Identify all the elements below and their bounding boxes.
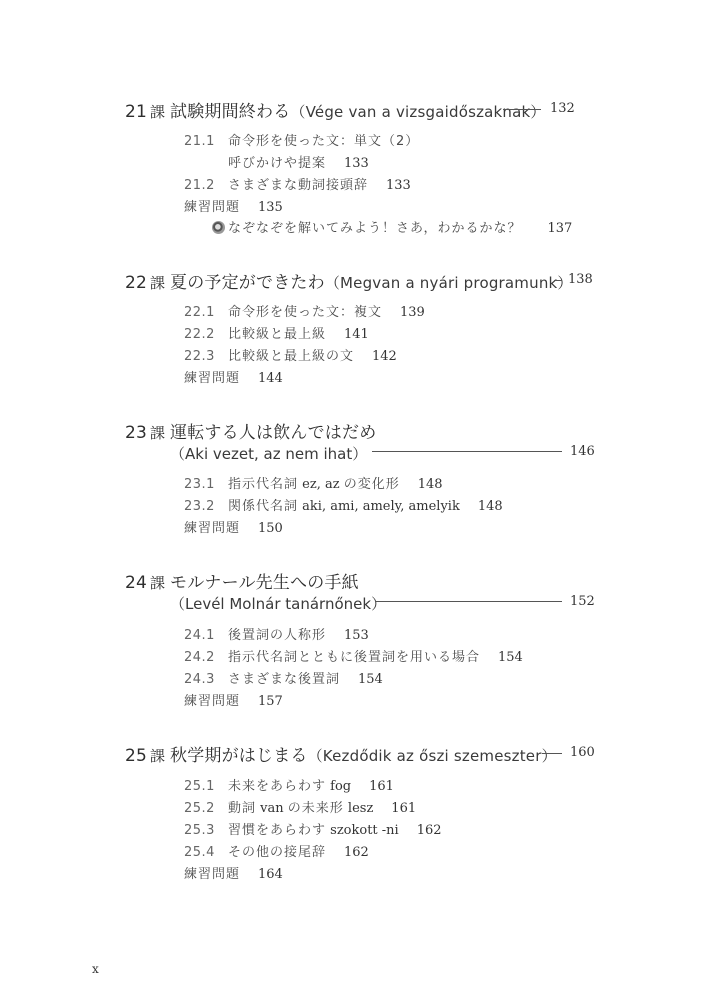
section-latin: van (260, 801, 283, 816)
toc-entry[interactable]: 22.1命令形を使った文：複文139 (184, 301, 425, 320)
toc-entry[interactable]: 22.3比較級と最上級の文142 (184, 345, 397, 364)
chapter-title-hu: （Megvan a nyári programunk） (325, 274, 573, 292)
chapter-title-hu: （Aki vezet, az nem ihat） (170, 443, 367, 464)
section-title: 命令形を使った文：複文 (228, 305, 382, 320)
chapter-page: 138 (568, 272, 593, 287)
section-page: 153 (344, 628, 369, 643)
chapter-title-ja: 夏の予定ができたわ (170, 273, 325, 293)
section-page: 133 (344, 156, 369, 171)
toc-entry[interactable]: 23.2関係代名詞 aki, ami, amely, amelyik148 (184, 495, 503, 514)
chapter-number: 24課 (125, 572, 170, 593)
chapter-number: 25課 (125, 745, 170, 766)
riddle-page: 137 (547, 221, 572, 236)
section-title: さまざまな動詞接頭辞 (228, 178, 368, 193)
section-page: 148 (418, 477, 443, 492)
leader-line (542, 753, 562, 754)
chapter-page: 152 (570, 594, 595, 609)
section-number: 24.2 (184, 650, 228, 665)
exercises-page: 144 (258, 371, 283, 386)
section-title: 呼びかけや提案 (228, 156, 326, 171)
section-page: 161 (369, 779, 394, 794)
chapter-title-ja: 秋学期がはじまる (170, 746, 308, 766)
section-title: 習慣をあらわす (228, 823, 326, 838)
section-page: 142 (372, 349, 397, 364)
toc-entry[interactable]: 21.1命令形を使った文：単文（2） (184, 130, 419, 149)
exercises-entry[interactable]: 練習問題157 (184, 690, 283, 709)
section-title: 動詞 (228, 801, 256, 816)
section-title: 指示代名詞 (228, 477, 298, 492)
exercises-label: 練習問題 (184, 694, 240, 709)
section-number: 21.2 (184, 178, 228, 193)
chapter-number: 22課 (125, 272, 170, 293)
exercises-label: 練習問題 (184, 371, 240, 386)
toc-entry[interactable]: 23.1指示代名詞 ez, az の変化形148 (184, 473, 443, 492)
exercises-label: 練習問題 (184, 521, 240, 536)
section-number: 23.1 (184, 477, 228, 492)
section-latin: lesz (348, 801, 373, 816)
section-page: 148 (478, 499, 503, 514)
section-title: 命令形を使った文：単文（2） (228, 134, 419, 149)
chapter-title-ja: 運転する人は飲んではだめ (170, 423, 376, 443)
section-number: 22.2 (184, 327, 228, 342)
section-page: 154 (498, 650, 523, 665)
chapter-title-hu: （Vége van a vizsgaidőszaknak） (290, 103, 545, 121)
chapter-23-heading[interactable]: 23課運転する人は飲んではだめ (125, 418, 376, 443)
section-title: 関係代名詞 (228, 499, 298, 514)
exercises-entry[interactable]: 練習問題135 (184, 196, 283, 215)
chapter-21-heading[interactable]: 21課試験期間終わる（Vége van a vizsgaidőszaknak） (125, 97, 546, 122)
exercises-label: 練習問題 (184, 200, 240, 215)
exercises-page: 135 (258, 200, 283, 215)
riddle-label: なぞなぞを解いてみよう！さあ，わかるかな？ (228, 221, 521, 236)
section-title-suffix: の未来形 (288, 801, 344, 816)
section-title: 比較級と最上級 (228, 327, 326, 342)
exercises-page: 157 (258, 694, 283, 709)
exercises-entry[interactable]: 練習問題144 (184, 367, 283, 386)
section-title: 後置詞の人称形 (228, 628, 326, 643)
chapter-25-heading[interactable]: 25課秋学期がはじまる（Kezdődik az őszi szemeszter） (125, 741, 557, 766)
toc-entry[interactable]: 24.2指示代名詞とともに後置詞を用いる場合154 (184, 646, 523, 665)
section-number: 22.1 (184, 305, 228, 320)
toc-entry[interactable]: 21.2さまざまな動詞接頭辞133 (184, 174, 411, 193)
exercises-page: 164 (258, 867, 283, 882)
section-title: その他の接尾辞 (228, 845, 326, 860)
chapter-24-heading[interactable]: 24課モルナール先生への手紙 (125, 568, 359, 593)
toc-entry[interactable]: 25.1未来をあらわす fog161 (184, 775, 394, 794)
toc-entry-continuation[interactable]: 呼びかけや提案133 (228, 152, 369, 171)
section-number: 22.3 (184, 349, 228, 364)
section-title-suffix: の変化形 (344, 477, 400, 492)
toc-page: 21課試験期間終わる（Vége van a vizsgaidőszaknak） … (0, 0, 705, 1000)
toc-entry[interactable]: 25.2動詞 van の未来形 lesz161 (184, 797, 416, 816)
section-title: 未来をあらわす (228, 779, 326, 794)
section-title: さまざまな後置詞 (228, 672, 340, 687)
section-latin: fog (330, 779, 351, 794)
chapter-title-ja: 試験期間終わる (170, 102, 290, 122)
chapter-number: 23課 (125, 422, 170, 443)
leader-line (375, 601, 562, 602)
exercises-entry[interactable]: 練習問題164 (184, 863, 283, 882)
toc-entry[interactable]: 24.1後置詞の人称形153 (184, 624, 369, 643)
section-page: 133 (386, 178, 411, 193)
section-latin: ez, az (302, 477, 339, 492)
leader-line (372, 451, 562, 452)
section-number: 24.3 (184, 672, 228, 687)
section-page: 141 (344, 327, 369, 342)
toc-entry[interactable]: 24.3さまざまな後置詞154 (184, 668, 383, 687)
chapter-page: 146 (570, 444, 595, 459)
section-number: 23.2 (184, 499, 228, 514)
section-number: 25.3 (184, 823, 228, 838)
section-page: 161 (391, 801, 416, 816)
chapter-page: 160 (570, 745, 595, 760)
chapter-number: 21課 (125, 101, 170, 122)
section-number: 25.2 (184, 801, 228, 816)
page-folio: x (92, 962, 99, 976)
section-page: 162 (417, 823, 442, 838)
section-page: 162 (344, 845, 369, 860)
section-title: 比較級と最上級の文 (228, 349, 354, 364)
section-number: 21.1 (184, 134, 228, 149)
section-number: 25.1 (184, 779, 228, 794)
exercises-page: 150 (258, 521, 283, 536)
chapter-title-ja: モルナール先生への手紙 (170, 573, 359, 593)
riddle-face-icon (212, 221, 225, 234)
toc-entry[interactable]: 25.4その他の接尾辞162 (184, 841, 369, 860)
chapter-title-hu: （Kezdődik az őszi szemeszter） (308, 747, 557, 765)
chapter-title-hu: （Levél Molnár tanárnőnek） (170, 593, 386, 614)
exercises-label: 練習問題 (184, 867, 240, 882)
riddle-entry[interactable]: なぞなぞを解いてみよう！さあ，わかるかな？137 (212, 217, 572, 236)
section-page: 139 (400, 305, 425, 320)
leader-line (554, 280, 562, 281)
leader-line (503, 109, 541, 110)
toc-entry[interactable]: 22.2比較級と最上級141 (184, 323, 369, 342)
section-title: 指示代名詞とともに後置詞を用いる場合 (228, 650, 480, 665)
section-latin: szokott -ni (330, 823, 399, 838)
chapter-page: 132 (550, 101, 575, 116)
section-latin: aki, ami, amely, amelyik (302, 499, 460, 514)
section-page: 154 (358, 672, 383, 687)
section-number: 25.4 (184, 845, 228, 860)
toc-entry[interactable]: 25.3習慣をあらわす szokott -ni162 (184, 819, 442, 838)
chapter-22-heading[interactable]: 22課夏の予定ができたわ（Megvan a nyári programunk） (125, 268, 573, 293)
section-number: 24.1 (184, 628, 228, 643)
exercises-entry[interactable]: 練習問題150 (184, 517, 283, 536)
